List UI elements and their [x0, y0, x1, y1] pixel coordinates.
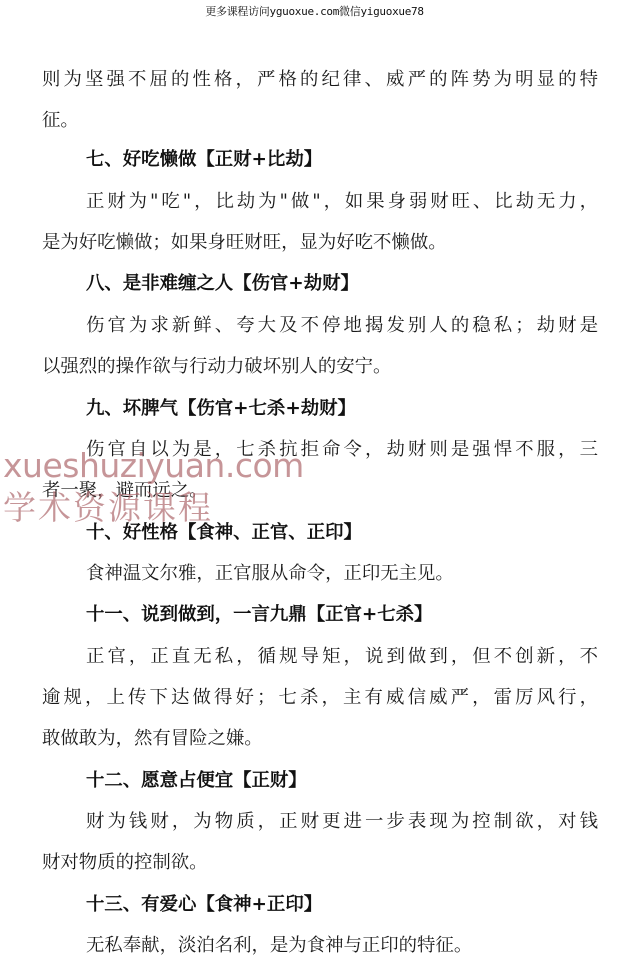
section-heading-8: 八、是非难缠之人【伤官+劫财】: [86, 272, 359, 296]
paragraph-line: 正财为"吃"，比劫为"做"，如果身弱财旺、比劫无力，: [86, 190, 598, 214]
paragraph-line: 以强烈的操作欲与行动力破坏别人的安宁。: [42, 355, 598, 379]
paragraph-line: 征。: [42, 109, 598, 133]
section-heading-9: 九、坏脾气【伤官+七杀+劫财】: [86, 397, 356, 421]
paragraph-line: 是为好吃懒做；如果身旺财旺，显为好吃不懒做。: [42, 231, 598, 255]
promo-header-text: 更多课程访问yguoxue.com微信yiguoxue78: [0, 3, 629, 19]
paragraph-line: 者一聚，避而远之。: [42, 479, 598, 503]
paragraph-line: 财对物质的控制欲。: [42, 851, 598, 875]
section-heading-12: 十二、愿意占便宜【正财】: [86, 769, 307, 793]
paragraph-line: 伤官自以为是，七杀抗拒命令，劫财则是强悍不服，三: [86, 438, 598, 462]
paragraph-line: 敢做敢为，然有冒险之嫌。: [42, 727, 598, 751]
section-heading-11: 十一、说到做到，一言九鼎【正官+七杀】: [86, 603, 432, 627]
paragraph-line: 财为钱财，为物质，正财更进一步表现为控制欲，对钱: [86, 810, 598, 834]
paragraph-line: 则为坚强不屈的性格，严格的纪律、威严的阵势为明显的特: [42, 68, 598, 92]
paragraph-line: 无私奉献，淡泊名利，是为食神与正印的特征。: [86, 934, 598, 958]
section-heading-10: 十、好性格【食神、正官、正印】: [86, 521, 362, 545]
section-heading-13: 十三、有爱心【食神+正印】: [86, 893, 322, 917]
paragraph-line: 食神温文尔雅，正官服从命令，正印无主见。: [86, 562, 598, 586]
paragraph-line: 正官，正直无私，循规导矩，说到做到，但不创新，不: [86, 645, 598, 669]
paragraph-line: 逾规，上传下达做得好；七杀，主有威信威严，雷厉风行，: [42, 686, 598, 710]
section-heading-7: 七、好吃懒做【正财+比劫】: [86, 148, 322, 172]
paragraph-line: 伤官为求新鲜、夸大及不停地揭发别人的稳私；劫财是: [86, 314, 598, 338]
